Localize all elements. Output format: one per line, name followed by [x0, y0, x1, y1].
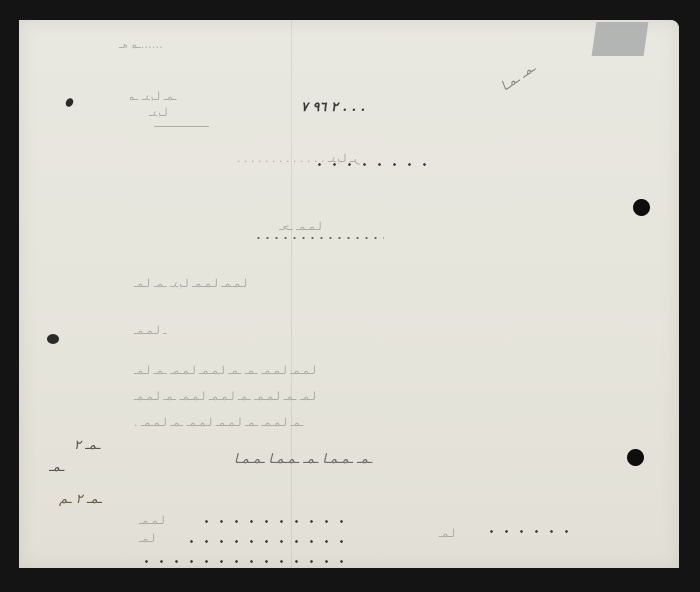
document-subtitle: ـحـ ـمـمـا	[279, 220, 322, 233]
title-dotted-leader	[312, 163, 432, 166]
margin-note-3: ـمـ ٢ ـم	[59, 492, 102, 507]
footer-dotted-field-1	[199, 520, 349, 523]
ink-mark-top-left	[64, 97, 75, 108]
footer-right-dotted-field	[484, 530, 569, 533]
header-sender-subline: ـدبـا	[149, 106, 168, 119]
margin-note-2: ـمـ	[49, 460, 64, 475]
footer-label-1: ـمـمـا	[139, 514, 165, 527]
punch-hole-bottom	[627, 449, 644, 466]
document-date: ٢ ٩٦ ٧ . . .	[301, 100, 365, 115]
footer-dotted-field-3	[139, 560, 349, 563]
tape-patch	[592, 22, 649, 56]
header-faint-line: ……ـه مـ	[119, 38, 163, 51]
punch-hole-top	[633, 199, 650, 216]
ink-spot-left	[47, 334, 59, 344]
body-line-1: ـمـا ـمـ ـمـمـا ـمـمـا ـمـ ـمـ ـمـمـا ـم…	[134, 364, 316, 377]
footer-label-2: ـمـا	[139, 532, 155, 545]
header-sender-line: مـ ـدبـا ـمـ	[129, 90, 177, 103]
paper-fold-crease	[291, 20, 292, 568]
header-underline	[154, 126, 209, 127]
subtitle-dotted-line	[254, 237, 384, 239]
body-line-2: ـمـمـا ـمـ ـمـمـا ـمـمـا ـمـ ـمـمـا ـمـ …	[134, 390, 316, 403]
document-page: ……ـه مـ مـ ـدبـا ـمـ ـدبـا ٢ ٩٦ ٧ . . . …	[19, 20, 679, 568]
salutation-line: ـمـمـا ـ	[134, 324, 166, 337]
signature-line: ـمـ ـمـمـا ـمـ ـمـمـا ـمـمـا	[234, 452, 372, 467]
footer-right-label: ـمـا	[439, 527, 455, 540]
footer-dotted-field-2	[184, 540, 349, 543]
corner-pencil-scribble: ـمـ ـمـا	[498, 60, 538, 94]
address-line: ـمـا ـمـ ـدبـا ـمـمـا ـمـمـا	[134, 277, 247, 290]
body-line-3: ـمـمـا ـمـ ـمـمـا ـمـمـا ـمـ ـمـمـا ـمـ …	[134, 416, 303, 429]
margin-note-1: ـمـ ٢	[74, 438, 100, 453]
